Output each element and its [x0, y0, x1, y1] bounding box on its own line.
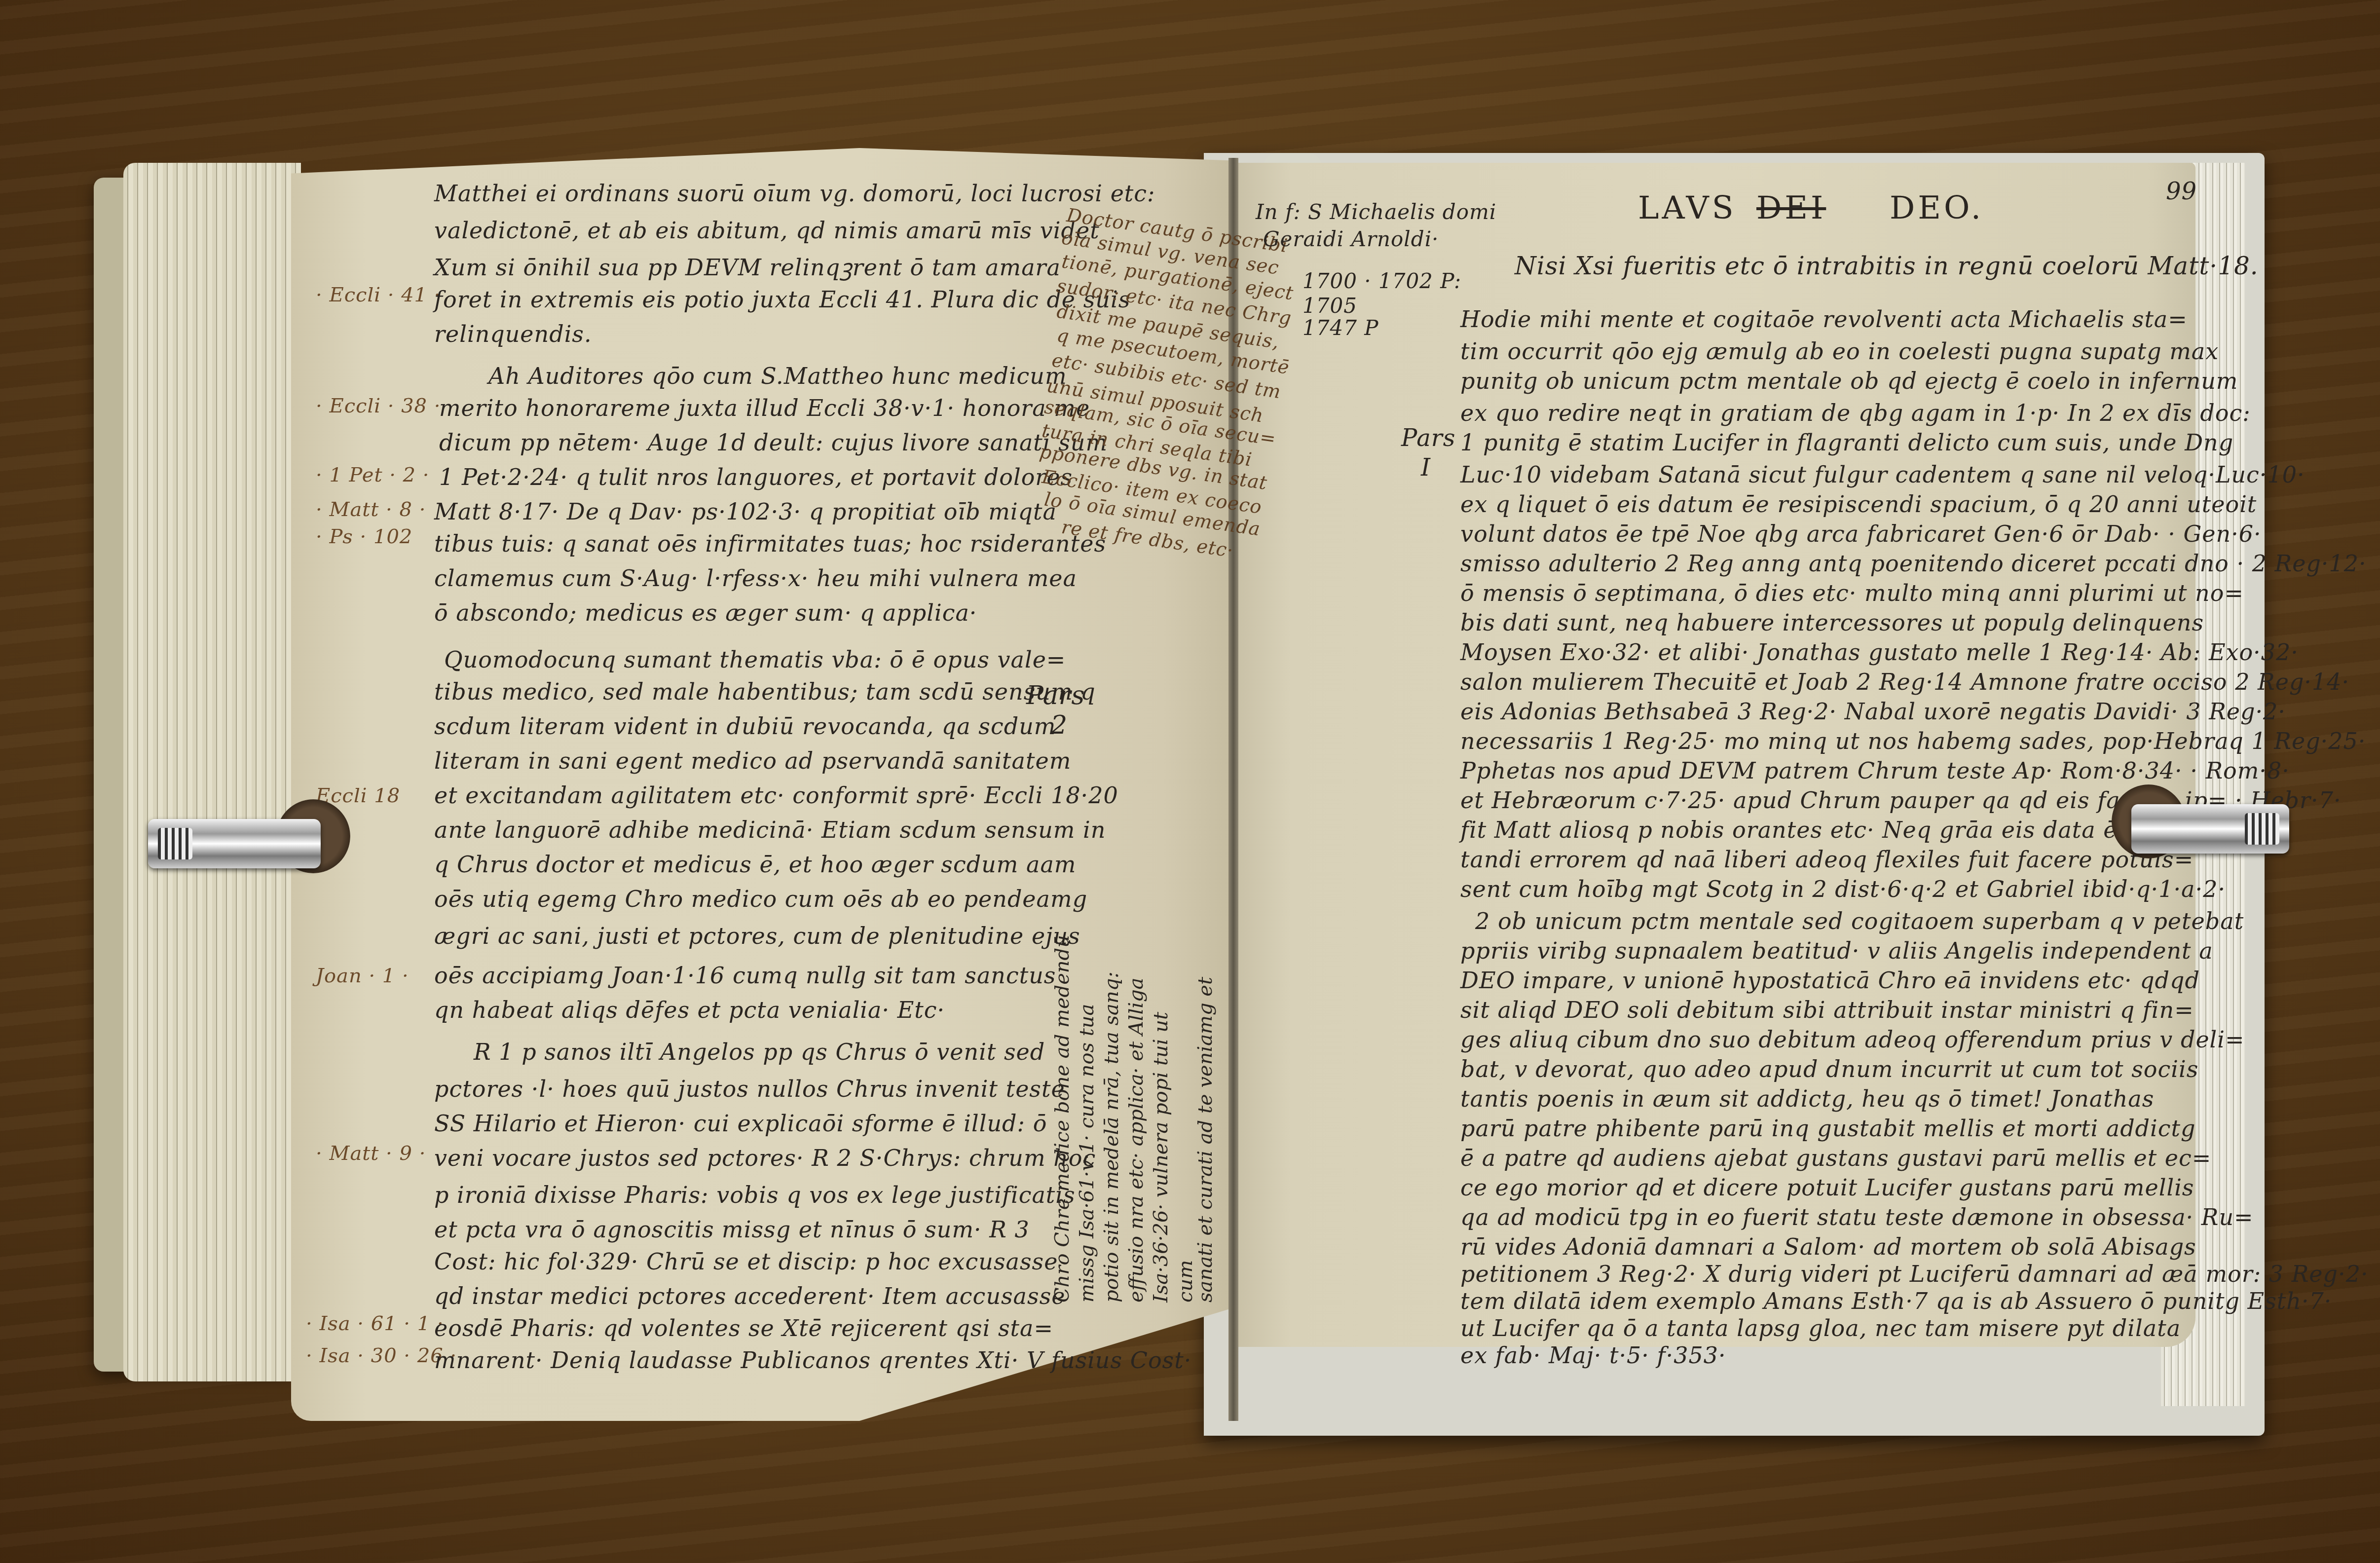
text-line: eosdē Pharis: qd volentes se Xtē rejicer… — [434, 1315, 1053, 1341]
margin-note: · Eccli · 41 · — [316, 284, 441, 306]
text-line: ō abscondo; medicus es æger sum· q appli… — [434, 599, 977, 626]
left-page-edges — [123, 163, 301, 1381]
text-line: dicum pp nētem· Auge 1d deult: cujus liv… — [439, 429, 1108, 456]
text-line: literam in sani egent medico ad pservand… — [434, 747, 1071, 774]
text-line: DEO impare, v unionē hypostaticā Chro eā… — [1460, 967, 2200, 994]
text-line: SS Hilario et Hieron· cui explicaōi sfor… — [434, 1110, 1047, 1137]
vertical-note-line: potio sit in medelā nrā, tua sanq: — [1100, 971, 1123, 1302]
heading-struck-word: DEI — [1756, 190, 1826, 226]
text-line: sit aliqd DEO soli debitum sibi attribui… — [1460, 997, 2194, 1023]
text-line: Pphetas nos apud DEVM patrem Chrum teste… — [1460, 757, 2290, 784]
text-line: ex fab· Maj· t·5· f·353· — [1460, 1342, 1726, 1369]
text-line: oēs utiq egemg Chro medico cum oēs ab eo… — [434, 886, 1087, 912]
text-line: Matt 8·17· De q Dav· ps·102·3· q propiti… — [434, 498, 1057, 525]
text-line: bis dati sunt, neq habuere intercessores… — [1460, 609, 2204, 636]
vertical-note-line: effusio nra etc· applica· et Alliga — [1125, 978, 1148, 1302]
text-line: ō mensis ō septimana, ō dies etc· multo … — [1460, 580, 2244, 606]
text-line: Xum si ōnihil sua pp DEVM relinqꝫrent ō … — [434, 252, 1061, 282]
binder-clip-icon — [2131, 804, 2289, 854]
text-line: tim occurrit qōo ejg æmulg ab eo in coel… — [1460, 338, 2219, 365]
book-gutter — [1228, 158, 1238, 1421]
text-line: et pcta vra ō agnoscitis missg et nīnus … — [434, 1216, 1030, 1243]
text-line: ex q liquet ō eis datum ēe resipiscendi … — [1460, 491, 2257, 518]
text-line: qd instar medici pctores accederent· Ite… — [434, 1283, 1065, 1309]
text-line: q Chrus doctor et medicus ē, et hoo æger… — [434, 851, 1076, 878]
binder-clip-icon — [148, 819, 321, 868]
page-number: 99 — [2166, 178, 2197, 205]
feast-note: In f: S Michaelis domi — [1256, 200, 1496, 224]
margin-note: Joan · 1 · — [316, 965, 409, 987]
text-line: eis Adonias Bethsabeā 3 Reg·2· Nabal uxo… — [1460, 698, 2286, 725]
pars-label: Pars — [1401, 424, 1455, 452]
feast-note: Geraidi Arnoldi· — [1263, 227, 1439, 251]
text-line: Ah Auditores qōo cum S.Mattheo hunc medi… — [488, 363, 1067, 389]
text-line: Hodie mihi mente et cogitaōe revolventi … — [1460, 306, 2188, 333]
text-line: 1 Pet·2·24· q tulit nros languores, et p… — [439, 464, 1073, 490]
text-line: ex quo redire neqt in gratiam de qbg aga… — [1460, 400, 2251, 426]
text-line: bat, v devorat, quo adeo apud dnum incur… — [1460, 1056, 2198, 1082]
text-line: ante languorē adhibe medicinā· Etiam scd… — [434, 817, 1106, 843]
text-line: tibus medico, sed male habentibus; tam s… — [434, 678, 1096, 705]
text-line: pctores ·l· hoes quū justos nullos Chrus… — [434, 1076, 1065, 1102]
text-line: qn habeat aliqs dēfes et pcta venialia· … — [434, 997, 945, 1023]
text-line: parū patre phibente parū inq gustabit me… — [1460, 1115, 2195, 1142]
text-line: ppriis viribg supnaalem beatitud· v alii… — [1460, 937, 2213, 964]
margin-note: · Matt · 9 · — [316, 1142, 426, 1165]
theme-line: Nisi Xsi fueritis etc ō intrabitis in re… — [1515, 252, 2259, 280]
text-line: tibus tuis: q sanat oēs infirmitates tua… — [434, 530, 1106, 557]
date-note: 1705 — [1302, 294, 1357, 318]
date-note: 1700 · 1702 P: — [1302, 269, 1461, 293]
text-line: valedictonē, et ab eis abitum, qd nimis … — [434, 217, 1100, 244]
text-line: clamemus cum S·Aug· l·rfess·x· heu mihi … — [434, 565, 1077, 592]
text-line: volunt datos ēe tpē Noe qbg arca fabrica… — [1460, 521, 2262, 547]
text-line: ē a patre qd audiens ajebat gustans gust… — [1460, 1145, 2211, 1171]
text-line: mnarent· Deniq laudasse Publicanos qrent… — [434, 1347, 1191, 1374]
date-note: 1747 P — [1302, 316, 1379, 340]
text-line: relinquendis. — [434, 321, 592, 347]
text-line: R 1 p sanos iltī Angelos pp qs Chrus ō v… — [474, 1039, 1045, 1065]
text-line: 1 punitg ē statim Lucifer in flagranti d… — [1460, 429, 2233, 456]
text-line: tantis poenis in æum sit addictg, heu qs… — [1460, 1085, 2154, 1112]
text-line: Luc·10 videbam Satanā sicut fulgur caden… — [1460, 461, 2305, 488]
text-line: sent cum hoībg mgt Scotg in 2 dist·6·q·2… — [1460, 876, 2226, 902]
pars-number: 2 — [1051, 710, 1068, 740]
text-line: punitg ob unicum pctm mentale ob qd ejec… — [1460, 368, 2238, 394]
text-line: tem dilatā idem exemplo Amans Esth·7 qa … — [1460, 1288, 2332, 1314]
text-line: oēs accipiamg Joan·1·16 cumq nullg sit t… — [434, 962, 1056, 989]
heading-word: DEO. — [1890, 190, 1984, 226]
clip-grip — [158, 828, 192, 859]
text-line: smisso adulterio 2 Reg anng antq poenite… — [1460, 550, 2367, 577]
vertical-note-line: Chro Chre medice bone ad medendū — [1051, 935, 1074, 1302]
text-line: ce ego morior qd et dicere potuit Lucife… — [1460, 1174, 2194, 1201]
text-line: fit Matt aliosq p nobis orantes etc· Neq… — [1460, 817, 2218, 843]
margin-note: · Eccli · 38 · — [316, 395, 441, 417]
text-line: veni vocare justos sed pctores· R 2 S·Ch… — [434, 1145, 1096, 1171]
text-line: foret in extremis eis potio juxta Eccli … — [434, 286, 1130, 313]
text-line: Matthei ei ordinans suorū oīum vg. domor… — [434, 180, 1155, 207]
clip-grip — [2245, 813, 2279, 845]
vertical-note-line: sanati et curati ad te veniamg et — [1194, 977, 1217, 1302]
text-line: p ironiā dixisse Pharis: vobis q vos ex … — [434, 1182, 1076, 1208]
text-line: rū vides Adoniā damnari a Salom· ad mort… — [1460, 1233, 2196, 1260]
pars-label: Pars — [1026, 681, 1085, 710]
text-line: et excitandam agilitatem etc· conformit … — [434, 782, 1118, 809]
text-line: 2 ob unicum pctm mentale sed cogitaoem s… — [1475, 908, 2244, 934]
text-line: scdum literam vident in dubiū revocanda,… — [434, 713, 1056, 740]
text-line: salon mulierem Thecuitē et Joab 2 Reg·14… — [1460, 669, 2349, 695]
margin-note: · 1 Pet · 2 · — [316, 464, 429, 486]
text-line: ut Lucifer qa ō a tanta lapsg gloa, nec … — [1460, 1315, 2181, 1341]
pars-number: I — [1421, 454, 1431, 482]
text-line: tandi errorem qd naā liberi adeoq flexil… — [1460, 846, 2194, 873]
heading-word: LAVS — [1638, 190, 1737, 226]
text-line: necessariis 1 Reg·25· mo minq ut nos hab… — [1460, 728, 2366, 754]
text-line: merito honorareme juxta illud Eccli 38·v… — [439, 395, 1090, 421]
margin-note: · Ps · 102 — [316, 525, 412, 548]
text-line: petitionem 3 Reg·2· X durig videri pt Lu… — [1460, 1261, 2369, 1287]
text-line: ægri ac sani, justi et pctores, cum de p… — [434, 923, 1080, 949]
text-line: Quomodocunq sumant thematis vba: ō ē opu… — [444, 646, 1066, 673]
vertical-note-line: Isa·36·26· vulnera popi tui ut — [1150, 1012, 1172, 1302]
vertical-note-line: missg Isa·61·v·1· cura nos tua — [1076, 1004, 1098, 1302]
margin-note: · Matt · 8 · — [316, 498, 426, 521]
text-line: ges aliuq cibum dno suo debitum adeoq of… — [1460, 1026, 2245, 1053]
margin-note: · Isa · 61 · 1 · — [306, 1312, 444, 1335]
text-line: Cost: hic fol·329· Chrū se et discip: p … — [434, 1248, 1058, 1275]
text-line: qa ad modicū tpg in eo fuerit statu test… — [1460, 1204, 2254, 1230]
text-line: Moysen Exo·32· et alibi· Jonathas gustat… — [1460, 639, 2299, 666]
